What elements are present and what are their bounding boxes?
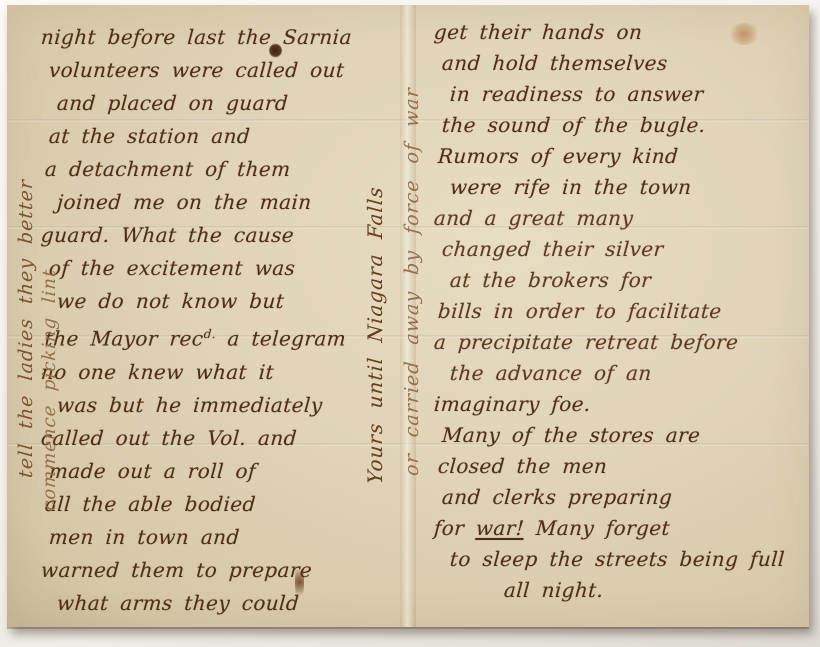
letter-line: a precipitate retreat before — [433, 327, 806, 358]
letter-line: Many of the stores are — [441, 420, 806, 451]
letter-line: warned them to prepare — [40, 554, 403, 587]
letter-line: and hold themselves — [441, 48, 806, 79]
letter-line: called out the Vol. and — [40, 422, 403, 455]
letter-line: no one knew what it — [40, 356, 403, 389]
letter-line: volunteers were called out — [48, 54, 403, 87]
letter-line: guard. What the cause — [40, 219, 403, 252]
margin-note-left-inner: commence picking lint — [39, 268, 60, 511]
letter-line: and a great many — [433, 203, 806, 234]
letter-sheet: night before last the Sarniavolunteers w… — [7, 5, 809, 627]
letter-line: changed their silver — [441, 234, 806, 265]
letter-line: men in town and — [48, 521, 403, 554]
letter-line: what arms they could — [56, 587, 403, 620]
letter-line: all the able bodied — [44, 488, 403, 521]
letter-page-right: get their hands onand hold themselvesin … — [408, 5, 809, 627]
letter-line: were rife in the town — [449, 172, 806, 203]
letter-line: to sleep the streets being full — [449, 544, 806, 575]
letter-line: made out a roll of — [48, 455, 403, 488]
letter-line: Rumors of every kind — [437, 141, 806, 172]
letter-line: all night. — [503, 575, 806, 606]
letter-photo: night before last the Sarniavolunteers w… — [0, 0, 820, 647]
letter-line: and placed on guard — [56, 87, 403, 120]
margin-note-gutter-right: or carried away by force of war — [401, 86, 423, 476]
letter-line: the Mayor recd. a telegram — [44, 318, 404, 356]
letter-line: the sound of the bugle. — [441, 110, 806, 141]
letter-line: joined me on the main — [56, 186, 403, 219]
letter-line: and clerks preparing — [441, 482, 806, 513]
letter-line: a detachment of them — [44, 153, 403, 186]
letter-line: the advance of an — [449, 358, 806, 389]
letter-line: imaginary foe. — [433, 389, 806, 420]
letter-line: at the brokers for — [449, 265, 806, 296]
letter-line: of the excitement was — [48, 252, 403, 285]
letter-line: get their hands on — [433, 17, 806, 48]
letter-line: bills in order to facilitate — [437, 296, 806, 327]
letter-line: at the station and — [48, 120, 403, 153]
letter-line: in readiness to answer — [449, 79, 806, 110]
letter-line: closed the men — [437, 451, 806, 482]
letter-page-left: night before last the Sarniavolunteers w… — [7, 5, 408, 627]
margin-note-gutter-left: Yours until Niagara Falls — [363, 186, 387, 485]
letter-line: for war! Many forget — [433, 513, 806, 544]
letter-line: was but he immediately — [56, 389, 403, 422]
letter-line: night before last the Sarnia — [40, 21, 403, 54]
margin-note-left-outer: tell the ladies they better — [15, 178, 37, 478]
letter-line: we do not know but — [56, 285, 403, 318]
